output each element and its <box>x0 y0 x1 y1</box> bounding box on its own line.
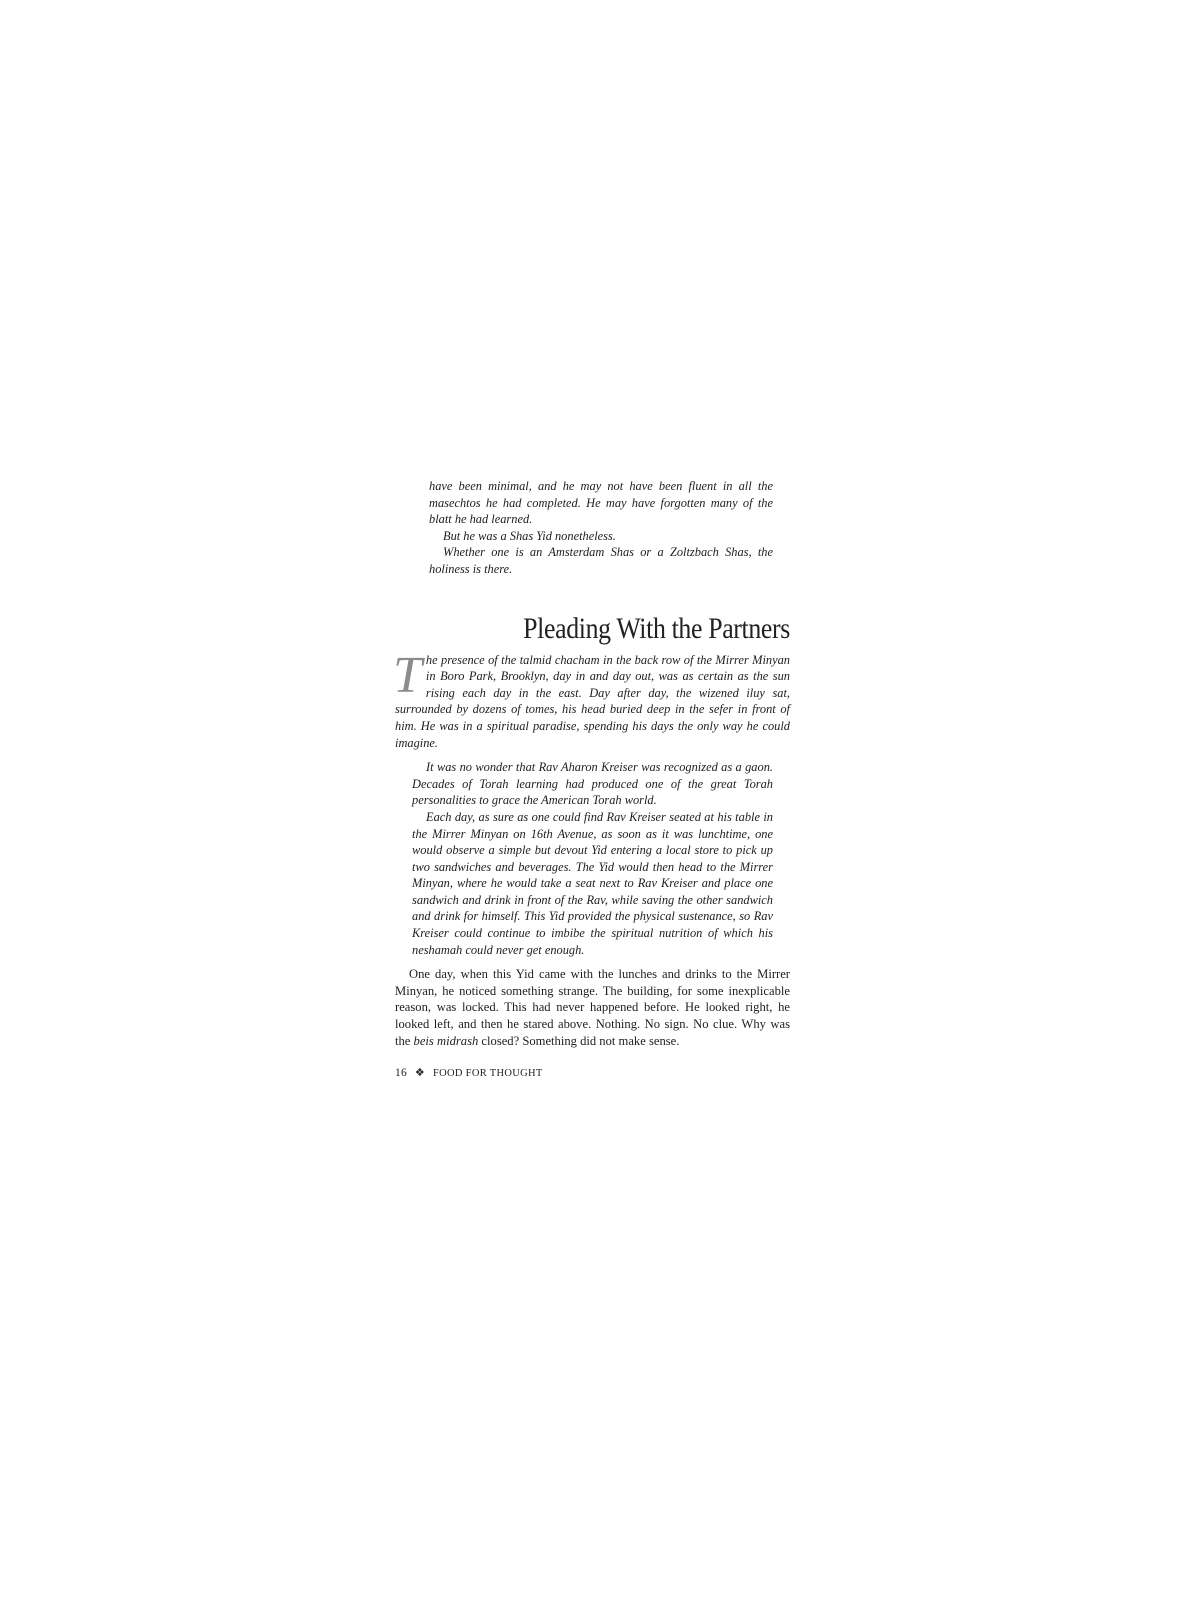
section-title: Pleading With the Partners <box>465 612 790 646</box>
body-paragraph: One day, when this Yid came with the lun… <box>395 966 790 1049</box>
running-title: FOOD FOR THOUGHT <box>433 1068 543 1079</box>
indented-quote-block: It was no wonder that Rav Aharon Kreiser… <box>395 759 790 958</box>
intro-paragraph-3: Whether one is an Amsterdam Shas or a Zo… <box>429 544 773 577</box>
drop-cap: T <box>393 654 422 690</box>
book-page: have been minimal, and he may not have b… <box>412 478 790 1079</box>
page-footer: 16 ❖ FOOD FOR THOUGHT <box>395 1067 790 1079</box>
intro-continuation: have been minimal, and he may not have b… <box>412 478 790 578</box>
ornament-icon: ❖ <box>415 1068 425 1079</box>
quote-paragraph-1: It was no wonder that Rav Aharon Kreiser… <box>412 759 773 809</box>
body-text: One day, when this Yid came with the lun… <box>395 966 790 1049</box>
body-text-emphasis: beis midrash <box>414 1034 479 1048</box>
opening-paragraph: T he presence of the talmid chacham in t… <box>395 652 790 752</box>
opening-text: he presence of the talmid chacham in the… <box>395 652 790 752</box>
page-number: 16 <box>395 1067 407 1079</box>
quote-paragraph-2: Each day, as sure as one could find Rav … <box>412 809 773 958</box>
intro-paragraph-2: But he was a Shas Yid nonetheless. <box>429 528 773 545</box>
intro-paragraph-1: have been minimal, and he may not have b… <box>429 478 773 528</box>
body-text-end: closed? Some­thing did not make sense. <box>478 1034 679 1048</box>
